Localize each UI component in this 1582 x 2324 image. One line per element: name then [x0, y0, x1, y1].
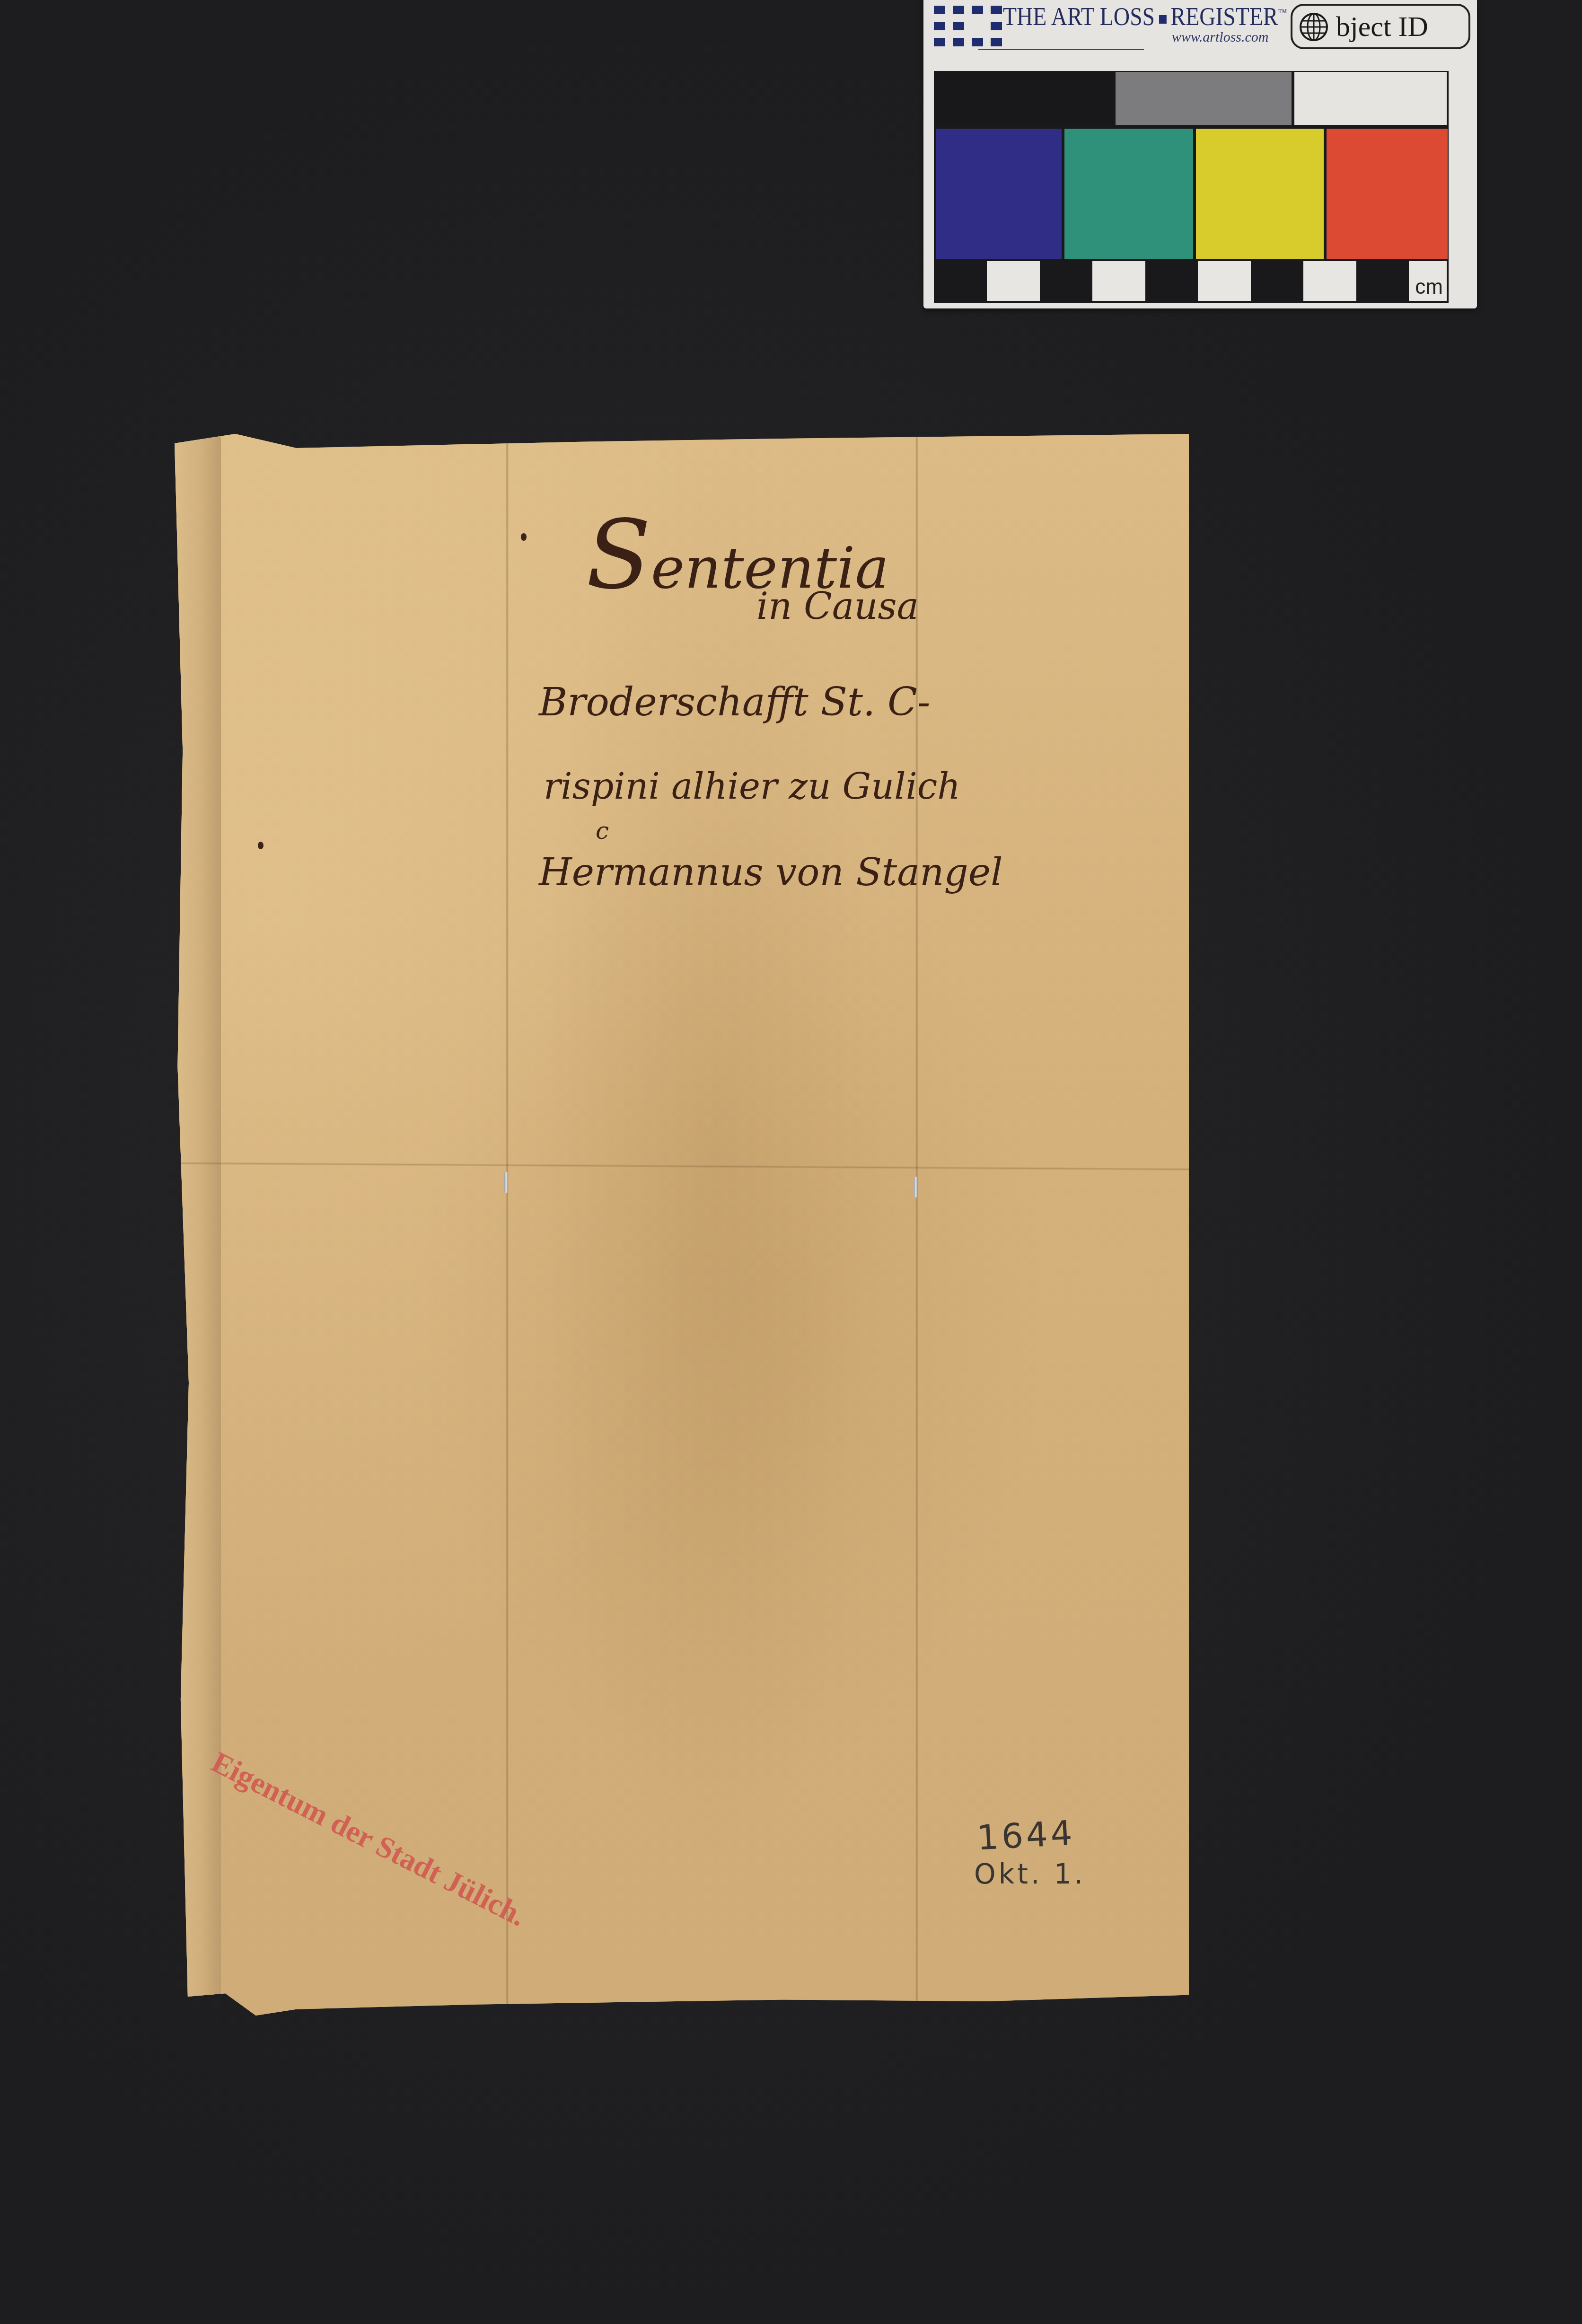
historic-document: Sententia in Causa Broderschafft St. C- … [175, 434, 1189, 2016]
staple [914, 1177, 918, 1197]
object-id-badge: bject ID [1291, 4, 1470, 49]
vertical-fold-right [915, 434, 918, 2016]
red-patch [1327, 129, 1448, 259]
handwritten-line: in Causa [756, 585, 919, 628]
handwritten-line: c [596, 817, 609, 845]
staple [504, 1172, 508, 1193]
scale-white-block [1092, 261, 1145, 301]
scale-unit-label: cm [1415, 275, 1443, 299]
trademark-symbol: ™ [1278, 7, 1287, 18]
brand-title: THE ART LOSSREGISTER™ [1003, 2, 1287, 31]
ownership-stamp: Eigentum der Stadt Jülich. [206, 1744, 531, 1934]
grayscale-row [934, 71, 1449, 127]
scale-white-block [1303, 261, 1356, 301]
white-patch [1294, 72, 1447, 125]
brand-url: www.artloss.com [1172, 29, 1268, 45]
yellow-patch [1196, 129, 1324, 259]
brand-name-part2: REGISTER [1170, 2, 1278, 31]
black-patch [934, 72, 1114, 125]
globe-icon [1299, 12, 1328, 42]
blue-patch [936, 129, 1062, 259]
ink-dot [521, 533, 527, 541]
vertical-fold-left [506, 434, 509, 2016]
brand-name-part1: THE ART LOSS [1003, 2, 1155, 31]
pencil-date-note: Okt. 1. [974, 1858, 1086, 1890]
green-patch [1064, 129, 1193, 259]
scale-white-block [987, 261, 1040, 301]
handwritten-line: Broderschafft St. C- [539, 680, 931, 725]
color-reference-card: THE ART LOSSREGISTER™ www.artloss.com bj… [923, 0, 1477, 308]
handwritten-line: Hermannus von Stangel [539, 850, 1003, 894]
pencil-year-note: 1644 [976, 1813, 1076, 1858]
centimeter-scale: cm [934, 261, 1449, 303]
object-id-label: bject ID [1336, 11, 1428, 42]
brand-underline [978, 49, 1144, 50]
square-bullet-icon [1159, 15, 1167, 24]
center-panel [507, 434, 917, 2016]
gray-patch [1116, 72, 1292, 125]
scale-white-block [1198, 261, 1251, 301]
color-checker: cm [934, 71, 1449, 303]
scale-white-block: cm [1409, 261, 1447, 301]
art-loss-register-logo-icon [934, 6, 1003, 52]
handwritten-line: rispini alhier zu Gulich [544, 765, 960, 807]
color-patch-row [936, 129, 1448, 259]
ink-dot [258, 842, 264, 849]
